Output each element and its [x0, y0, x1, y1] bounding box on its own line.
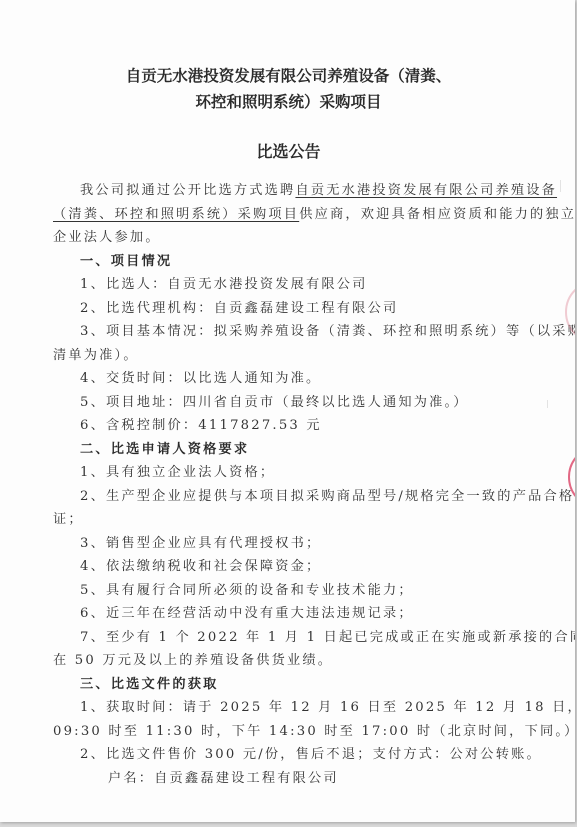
section-1-item-1: 1、比选人：自贡无水港投资发展有限公司 [80, 276, 368, 294]
section-2-item-2-cont: 证； [53, 511, 84, 529]
section-2-item-1: 1、具有独立企业法人资格； [80, 464, 275, 482]
section-2-item-6: 6、近三年在经营活动中没有重大违法违规记录； [80, 605, 414, 623]
intro-project-name-part1: 自贡无水港投资发展有限公司养殖设备 [295, 183, 557, 198]
document-page: 自贡无水港投资发展有限公司养殖设备（清粪、 环控和照明系统）采购项目 比选公告 … [0, 0, 575, 822]
section-1-item-6: 6、含税控制价：4117827.53 元 [80, 417, 322, 435]
intro-line-1: 我公司拟通过公开比选方式选聘自贡无水港投资发展有限公司养殖设备 [80, 182, 557, 200]
document-subtitle: 比选公告 [0, 139, 575, 162]
intro-project-name-part2: （清粪、环控和照明系统）采购项目 [53, 207, 299, 222]
section-1-item-3-cont: 清单为准）。 [53, 347, 139, 365]
scan-mark [547, 400, 548, 408]
section-3-item-1-cont: 09:30 时至 11:30 时，下午 14:30 时至 17:00 时（北京时… [53, 723, 575, 741]
section-3-item-1: 1、获取时间：请于 2025 年 12 月 16 日至 2025 年 12 月 … [80, 699, 575, 717]
section-2-item-7: 7、至少有 1 个 2022 年 1 月 1 日起已完成或正在实施或新承接的合同… [80, 629, 575, 647]
section-2-heading: 二、比选申请人资格要求 [80, 441, 249, 459]
section-1-item-2: 2、比选代理机构：自贡鑫磊建设工程有限公司 [80, 300, 398, 318]
section-2-item-2: 2、生产型企业应提供与本项目拟采购商品型号/规格完全一致的产品合格 [80, 488, 574, 506]
scan-mark [560, 180, 561, 192]
section-2-item-3: 3、销售型企业应具有代理授权书； [80, 535, 321, 553]
section-3-item-2: 2、比选文件售价 300 元/份，售后不退；支付方式：公对公转账。 [80, 746, 542, 764]
section-1-item-5: 5、项目地址：四川省自贡市（最终以比选人通知为准。） [80, 394, 469, 412]
section-1-item-3: 3、项目基本情况：拟采购养殖设备（清粪、环控和照明系统）等（以采购 [80, 323, 575, 341]
section-1-heading: 一、项目情况 [80, 253, 172, 271]
intro-line-2: （清粪、环控和照明系统）采购项目供应商，欢迎具备相应资质和能力的独立 [53, 206, 575, 224]
intro-line-3: 企业法人参加。 [53, 229, 161, 247]
intro-prefix: 我公司拟通过公开比选方式选聘 [80, 183, 295, 198]
section-3-heading: 三、比选文件的获取 [80, 676, 219, 694]
document-title-line2: 环控和照明系统）采购项目 [0, 90, 575, 112]
intro-suffix: 供应商，欢迎具备相应资质和能力的独立 [299, 207, 575, 222]
section-1-item-4: 4、交货时间：以比选人通知为准。 [80, 370, 321, 388]
document-title-line1: 自贡无水港投资发展有限公司养殖设备（清粪、 [0, 64, 575, 86]
section-2-item-4: 4、依法缴纳税收和社会保障资金； [80, 558, 321, 576]
section-3-account-name: 户名：自贡鑫磊建设工程有限公司 [108, 770, 339, 788]
section-2-item-5: 5、具有履行合同所必须的设备和专业技术能力； [80, 582, 414, 600]
section-2-item-7-cont: 在 50 万元及以上的养殖设备供货业绩。 [53, 652, 333, 670]
